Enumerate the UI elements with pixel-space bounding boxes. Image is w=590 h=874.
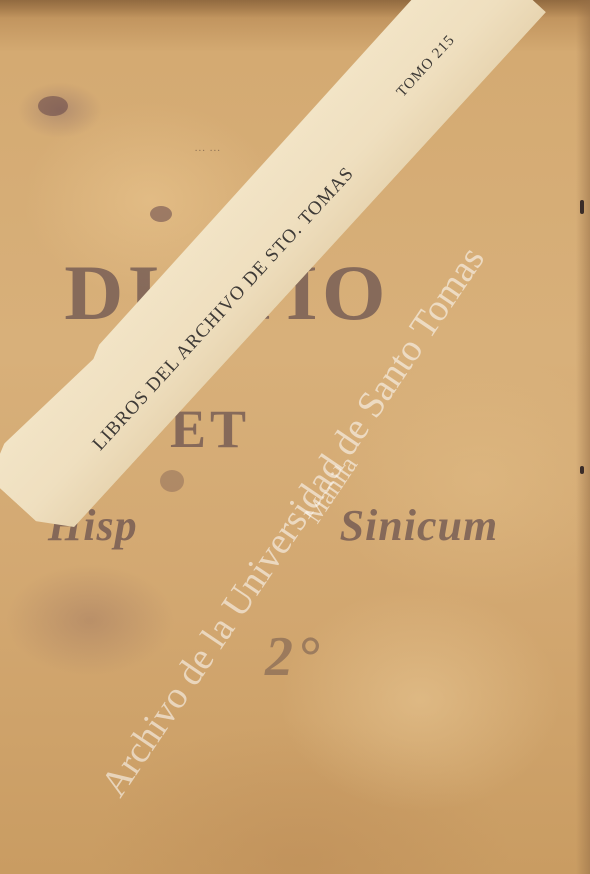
ink-stain [38,96,68,116]
cover-right-edge [576,0,590,874]
cover-title-word-sinicum: Sinicum [340,501,499,550]
handwritten-note: ... ... [195,142,221,154]
ink-stain [150,206,172,222]
ink-mark [580,200,584,214]
ink-mark [580,466,584,474]
cover-title-volume: 2° [265,625,323,689]
ink-stain [160,470,184,492]
book-cover-photo: ... ... DICTIO ... ET Hisp Sinicum 2° LI… [0,0,590,874]
archive-volume-number: TOMO 215 [394,32,459,101]
